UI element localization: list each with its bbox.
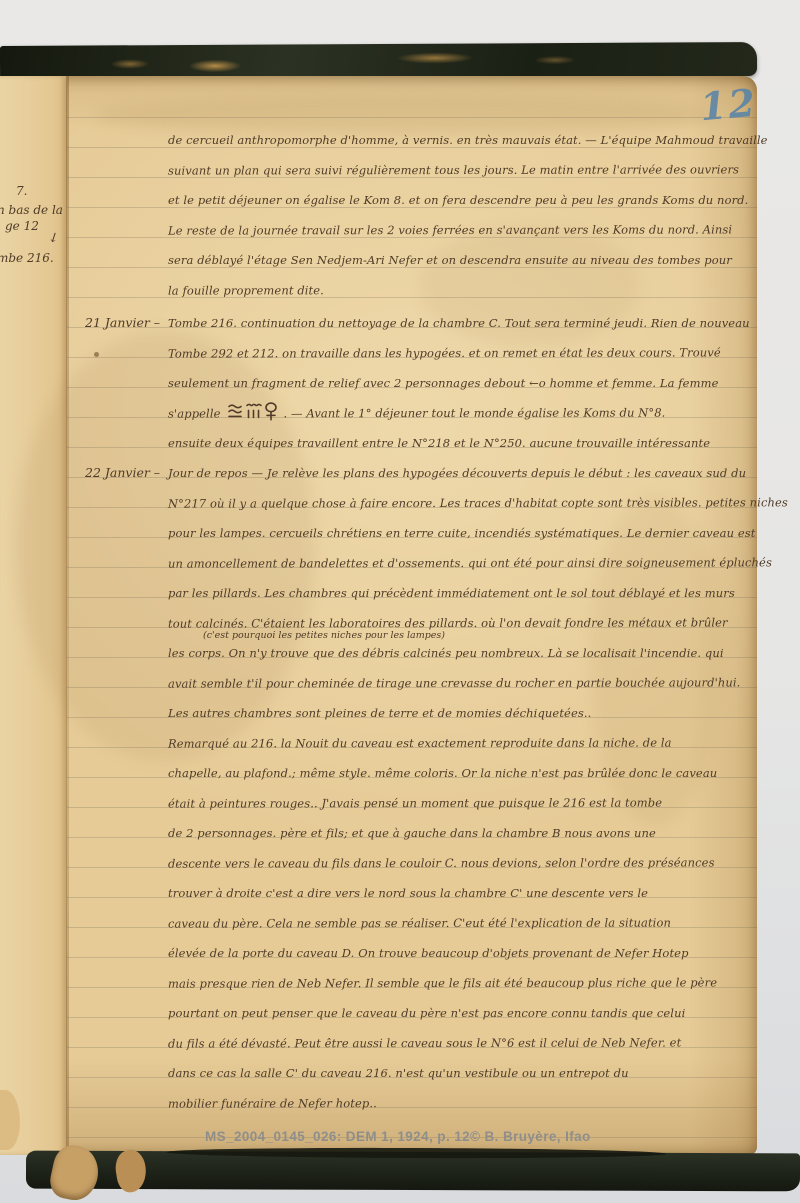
entry-date: 22 Janvier –: [85, 458, 160, 488]
handwriting-line: Tombe 292 et 212. on travaille dans les …: [168, 337, 750, 368]
handwriting-text: s'appelle: [168, 406, 221, 420]
diary-entry-21-janvier: Tombe 216. continuation du nettoyage de …: [168, 308, 750, 458]
entry-date: 21 Janvier –: [85, 308, 160, 338]
diary-entry-22-janvier-part1: Jour de repos — Je relève les plans des …: [168, 458, 750, 638]
page-number: 12: [698, 80, 759, 130]
handwriting-line: pour les lampes. cercueils chrétiens en …: [168, 518, 750, 548]
handwriting-line: sera déblayé l'étage Sen Nedjem-Ari Nefe…: [168, 245, 750, 275]
handwriting-line-with-hieroglyphs: s'appelle. — Avant le 1° déjeuner tout l…: [168, 397, 750, 428]
handwriting-line: mais presque rien de Neb Nefer. Il sembl…: [168, 967, 750, 998]
handwriting-line: les corps. On n'y trouve que des débris …: [168, 638, 750, 668]
watermark-copyright: © B. Bruyère, Ifao: [470, 1127, 591, 1147]
handwriting-line: avait semble t'il pour cheminée de tirag…: [168, 667, 750, 698]
scanned-notebook-photo: 12 7. n bas de la ge 12 ↓ mbe 216. de ce…: [0, 0, 800, 1203]
handwriting-line: Tombe 216. continuation du nettoyage de …: [168, 308, 750, 338]
handwriting-line: Remarqué au 216. la Nouit du caveau est …: [168, 727, 750, 758]
handwriting-line: pourtant on peut penser que le caveau du…: [168, 998, 750, 1028]
margin-note: mbe 216.: [0, 251, 54, 265]
handwriting-line: seulement un fragment de relief avec 2 p…: [168, 368, 750, 398]
handwriting-line: était à peintures rouges.. J'avais pensé…: [168, 787, 750, 818]
handwriting-line: N°217 où il y a quelque chose à faire en…: [168, 487, 750, 518]
handwriting-line: du fils a été dévasté. Peut être aussi l…: [168, 1027, 750, 1058]
margin-note: n bas de la: [0, 203, 63, 217]
hieroglyph-name-glyphs-icon: [226, 401, 278, 432]
margin-note: 7.: [16, 184, 27, 198]
handwriting-line: chapelle, au plafond.; même style. même …: [168, 758, 750, 788]
watermark-manuscript-id: MS_2004_0145_026: DEM 1, 1924, p. 12: [205, 1127, 470, 1147]
book-cover-top-edge: [0, 42, 757, 80]
handwriting-line: Jour de repos — Je relève les plans des …: [168, 458, 750, 488]
handwriting-line: caveau du père. Cela ne semble pas se ré…: [168, 907, 750, 938]
handwriting-line: trouver à droite c'est a dire vers le no…: [168, 878, 750, 908]
handwriting-line: Les autres chambres sont pleines de terr…: [168, 698, 750, 728]
handwriting-line: et le petit déjeuner on égalise le Kom 8…: [168, 185, 750, 215]
handwriting-line: ensuite deux équipes travaillent entre l…: [168, 428, 750, 458]
handwriting-line: Le reste de la journée travail sur les 2…: [168, 214, 750, 245]
handwriting-text: . — Avant le 1° déjeuner tout le monde é…: [284, 406, 666, 421]
diary-entry-continuation: de cercueil anthropomorphe d'homme, à ve…: [168, 125, 750, 305]
ink-speck: [94, 352, 99, 357]
handwriting-line: mobilier funéraire de Nefer hotep..: [168, 1087, 750, 1118]
handwriting-line: de cercueil anthropomorphe d'homme, à ve…: [168, 125, 750, 155]
diary-entry-22-janvier-part2: les corps. On n'y trouve que des débris …: [168, 638, 750, 1118]
handwriting-line: par les pillards. Les chambres qui précè…: [168, 578, 750, 608]
handwriting-line: dans ce cas la salle C' du caveau 216. n…: [168, 1058, 750, 1088]
handwriting-line: la fouille proprement dite.: [168, 274, 750, 305]
handwriting-line: suivant un plan qui sera suivi régulière…: [168, 154, 750, 185]
handwriting-line: élevée de la porte du caveau D. On trouv…: [168, 938, 750, 968]
margin-note: ge 12: [5, 219, 39, 233]
handwriting-line: un amoncellement de bandelettes et d'oss…: [168, 547, 750, 578]
handwriting-line: de 2 personnages. père et fils; et que à…: [168, 818, 750, 848]
handwriting-line: descente vers le caveau du fils dans le …: [168, 847, 750, 878]
